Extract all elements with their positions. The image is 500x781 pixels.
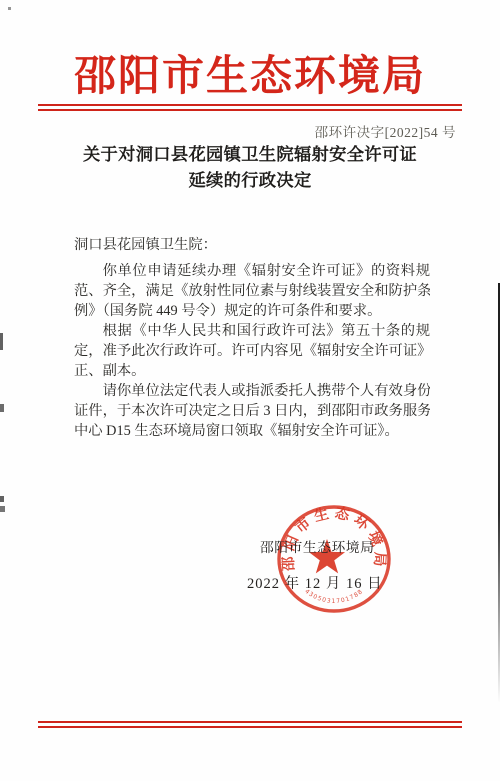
body-line: 请你单位法定代表人或指派委托人携带个人有效身份: [74, 381, 430, 401]
scan-artifact-left-mark: [0, 506, 5, 512]
body-line: 例》（国务院 449 号令）规定的许可条件和要求。: [74, 301, 430, 321]
seal-graphic: 邵阳市生态环境局 4305031701788: [272, 498, 396, 622]
doc-number: 邵环许决字[2022]54 号: [315, 121, 456, 141]
scan-artifact-left-mark: [0, 333, 3, 350]
official-seal-stamp: 邵阳市生态环境局 4305031701788: [272, 498, 396, 622]
header-double-rule: [38, 104, 462, 111]
footer-double-rule: [38, 721, 462, 728]
agency-letterhead: 邵阳市生态环境局: [0, 52, 500, 102]
body-line: 中心 D15 生态环境局窗口领取《辐射安全许可证》。: [74, 421, 430, 441]
body-line: 证件，于本次许可决定之日后 3 日内，到邵阳市政务服务: [74, 401, 430, 421]
body-line: 根据《中华人民共和国行政许可法》第五十条的规: [74, 321, 430, 341]
title-line-1: 关于对洞口县花园镇卫生院辐射安全许可证: [0, 142, 500, 168]
scan-artifact-speck: [8, 7, 11, 10]
scan-artifact-left-mark: [0, 404, 4, 412]
body-line: 定，准予此次行政许可。许可内容见《辐射安全许可证》: [74, 341, 430, 361]
signature-date: 2022 年 12 月 16 日: [247, 572, 383, 593]
scanned-document-page: 邵阳市生态环境局 邵环许决字[2022]54 号 关于对洞口县花园镇卫生院辐射安…: [0, 0, 500, 781]
title-line-2: 延续的行政决定: [0, 168, 500, 194]
body-line: 范、齐全，满足《放射性同位素与射线装置安全和防护条: [74, 281, 430, 301]
body-paragraphs: 你单位申请延续办理《辐射安全许可证》的资料规范、齐全，满足《放射性同位素与射线装…: [74, 261, 430, 441]
document-body: 洞口县花园镇卫生院： 你单位申请延续办理《辐射安全许可证》的资料规范、齐全，满足…: [74, 235, 430, 441]
scan-artifact-left-mark: [0, 496, 4, 502]
document-title: 关于对洞口县花园镇卫生院辐射安全许可证 延续的行政决定: [0, 142, 500, 194]
body-line: 正、副本。: [74, 361, 430, 381]
body-line: 你单位申请延续办理《辐射安全许可证》的资料规: [74, 261, 430, 281]
salutation: 洞口县花园镇卫生院：: [74, 235, 430, 255]
signature-agency: 邵阳市生态环境局: [260, 536, 374, 556]
